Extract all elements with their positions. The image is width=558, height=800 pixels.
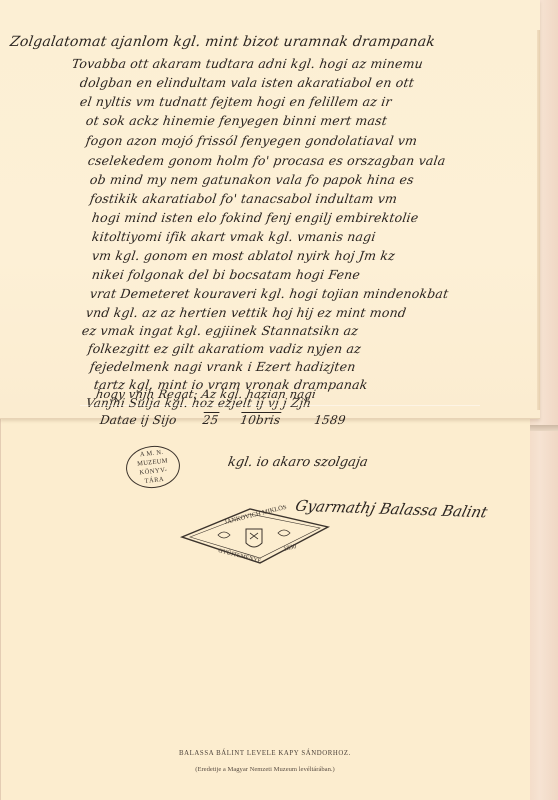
date-year: 1589 bbox=[313, 413, 346, 427]
letter-page: Zolgalatomat ajanlom kgl. mint bizot ura… bbox=[0, 0, 540, 419]
letter-line: Tovabba ott akaram tudtara adni kgl. hog… bbox=[71, 56, 424, 71]
letter-line: cselekedem gonom holm fo' procasa es ors… bbox=[87, 153, 447, 168]
letter-line: vnd kgl. az az hertien vettik hoj hij ez… bbox=[85, 305, 407, 320]
date-line: Datae ij Sijo 25 10bris 1589 bbox=[99, 413, 347, 427]
letter-line: Zolgalatomat ajanlom kgl. mint bizot ura… bbox=[9, 34, 436, 50]
letter-line: fostikik akaratiabol fo' tanacsabol indu… bbox=[89, 191, 398, 206]
svg-text:GYŰJTEMÉNYE: GYŰJTEMÉNYE bbox=[218, 546, 263, 564]
caption-title: BALASSA BÁLINT LEVELE KAPY SÁNDORHOZ. bbox=[0, 750, 530, 757]
date-month: 10bris bbox=[239, 413, 281, 427]
letter-line: ot sok ackz hinemie fenyegen binni mert … bbox=[85, 113, 388, 128]
letter-line: ob mind my nem gatunakon vala fo papok h… bbox=[89, 172, 415, 187]
page-stack-fold bbox=[528, 425, 558, 431]
svg-text:1830: 1830 bbox=[283, 543, 297, 553]
letter-line: kitoltiyomi ifik akart vmak kgl. vmanis … bbox=[91, 229, 377, 244]
caption-subtitle: (Eredetije a Magyar Nemzeti Muzeum levél… bbox=[0, 766, 530, 773]
date-place: Datae ij Sijo bbox=[99, 413, 178, 427]
letter-line: ez vmak ingat kgl. egjiinek Stannatsikn … bbox=[81, 323, 359, 338]
collection-stamp-icon: JANKOVICH MIKLÓS GYŰJTEMÉNYE 1830 bbox=[180, 505, 330, 565]
letter-line: dolgban en elindultam vala isten akarati… bbox=[79, 75, 415, 90]
letter-line: vrat Demeteret kouraveri kgl. hogi tojia… bbox=[89, 286, 450, 301]
letter-line: el nyltis vm tudnatt fejtem hogi en feli… bbox=[79, 94, 393, 109]
letter-line: fogon azon mojó frissól fenyegen gondola… bbox=[85, 133, 418, 148]
letter-line: vm kgl. gonom en most ablatol nyirk hoj … bbox=[91, 248, 396, 263]
collection-stamp: JANKOVICH MIKLÓS GYŰJTEMÉNYE 1830 bbox=[180, 505, 330, 565]
date-day: 25 bbox=[202, 413, 220, 427]
letter-line: fejedelmenk nagi vrank i Ezert hadizjten bbox=[89, 359, 357, 374]
letter-line: folkezgitt ez gilt akaratiom vadiz nyjen… bbox=[87, 341, 362, 356]
letter-line: hogi mind isten elo fokind fenj engilj e… bbox=[91, 210, 420, 225]
letter-line: Vanjhi Sulja kgl. hoz ezjelt ij vj j Zjh bbox=[85, 396, 312, 410]
letter-line: nikei folgonak del bi bocsatam hogi Fene bbox=[91, 267, 361, 282]
closing-salutation: kgl. io akaro szolgaja bbox=[227, 455, 369, 470]
